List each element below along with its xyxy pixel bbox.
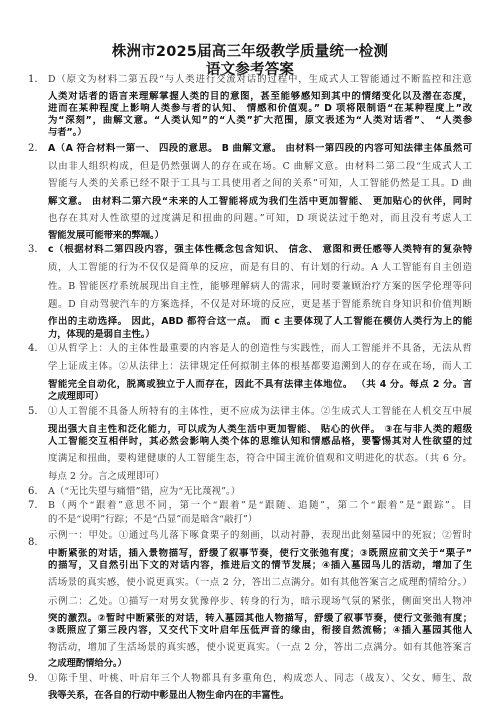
answer-line: 智能发展可能带来的弊端。） — [48, 230, 472, 243]
answer-number: 9. — [28, 673, 38, 684]
answer-line: 性。B 智能医疗系统展现出自主性，能够理解病人的需求，同时要兼顾治疗方案的医学伦… — [48, 281, 472, 294]
answer-line: 的描写，又自然引出下文的对话内容，推进后文的情节发展；④插入墓园鸟儿的活动，增加… — [48, 560, 472, 573]
answer-line: 每点 2 分。言之成理即可） — [48, 471, 472, 484]
answer-line: 也存在其对人性欲望的过度满足和扭曲的问题。”可知，D 项说法过于绝对，而且没有考… — [48, 213, 472, 226]
answer-line: ①陈千里、叶桃、叶启年三个人物都具有多重角色，构成恋人、同志（战友）、父女、师生… — [48, 673, 472, 686]
answer-line: 的不是“说明”行踪；不是“凸显”而是暗含“敲打”） — [48, 514, 472, 527]
answer-line: 解文意。 由材料二第六段“未来的人工智能将成为我们生活中更加智能、 更加贴心的伙… — [48, 196, 472, 209]
answer-line: A（“无比失望与痛惜”错，应为“无比蔑视”。） — [48, 486, 472, 499]
answer-number: 2. — [28, 143, 38, 154]
answer-line: ①从哲学上：人的主体性最重要的内容是人的创造性与实践性，而人工智能并不具备，无法… — [48, 343, 472, 356]
answer-line: 物活动，增加了生活场景的真实感，使小说更真实。（一点 2 分，答出二点满分。如有… — [48, 642, 472, 655]
answer-line: 质，人工智能的行为不仅仅是简单的反应，而是有目的、有计划的行动。A 人工智能有自… — [48, 262, 472, 275]
answer-line: 之成理即可） — [48, 391, 472, 404]
answer-line: 示例一：甲处。①通过鸟儿落下啄食栗子的刻画，以动衬静，表现出此刻墓园中的死寂；②… — [48, 530, 472, 543]
answer-line: 度满足和扭曲，要构建健康的人工智能生态，符合中国主流价值观和文明进化的状态。（共… — [48, 453, 472, 466]
answer-number: 4. — [28, 343, 38, 354]
answer-number: 5. — [28, 406, 38, 417]
answer-line: 人工智能交互相伴时，其必然会影响人类个体的思维认知和情感品格，要警惕其对人性欲望… — [48, 436, 472, 449]
answer-number: 3. — [28, 244, 38, 255]
answer-line: 之成理酌情给分。） — [48, 658, 472, 671]
answer-number: 1. — [28, 74, 38, 85]
answer-line: 与者”。） — [48, 127, 472, 140]
answer-line: ①人工智能不具备人所特有的主体性，更不应成为法律主体。②生成式人工智能在人机交互… — [48, 406, 472, 419]
answer-line: 活场景的真实感，使小说更真实。（一点 2 分，答出二点满分。如有其他答案言之成理… — [48, 577, 472, 590]
answer-key-page: 株洲市2025届高三年级教学质量统一检测 语文参考答案 1. D（原文为材料二第… — [0, 0, 500, 707]
answer-line: 以由非人组织构成，但是仍然强调人的存在或在场。C 曲解文意。由材料二第二段“生成… — [48, 161, 472, 174]
answer-number: 7. — [28, 500, 38, 511]
answer-number: 8. — [28, 537, 38, 548]
answer-line: 示例二：乙处。①描写一对男女犹豫停步、转身的行为，暗示现场气氛的紧张，侧面突出人… — [48, 596, 472, 609]
answer-line: 力，体现的是弱自主性。） — [48, 329, 472, 342]
answer-line: 智能与人类的关系已经不限于工具与工具使用者之间的关系”可知，人工智能仍然是工具。… — [48, 178, 472, 191]
answer-line: B（两个“跟着”意思不同，第一个“跟着”是“跟随、追随”，第二个“跟着”是“跟踪… — [48, 500, 472, 513]
answer-number: 6. — [28, 486, 38, 497]
answer-line: 我等关系，在各自的行动中彰显出人物生命内在的丰富性。 — [48, 690, 472, 703]
answer-line: 题。D 自动驾驶汽车的方案选择，不仅是对环境的反应，更是基于智能系统自身知识和价… — [48, 299, 472, 312]
answer-line: 学上证成主体。②从法律上：法律规定任何拟制主体的根基都要追溯到人的存在或在场，而… — [48, 361, 472, 374]
answer-line: 作出的主动选择。 因此，ABD 都符合这一点。 而 c 主要体现了人工智能在模仿… — [48, 316, 472, 329]
answer-line: ③既照应了第三段内容，又交代下文叶启年压低声音的缘由，衔接自然流畅；④插入墓园其… — [48, 625, 472, 638]
answer-line: c（根据材料二第四段内容，强主体性概念包含知识、 信念、 意图和责任感等人类特有… — [48, 244, 472, 257]
answer-line: D（原文为材料二第五段“与人类进行交流对话的过程中，生成式人工智能通过不断监控和… — [48, 74, 472, 87]
answer-line: A（A 符合材料一第一、 四段的意思。 B 曲解文意。 由材料一第四段的内容可知… — [48, 143, 472, 156]
